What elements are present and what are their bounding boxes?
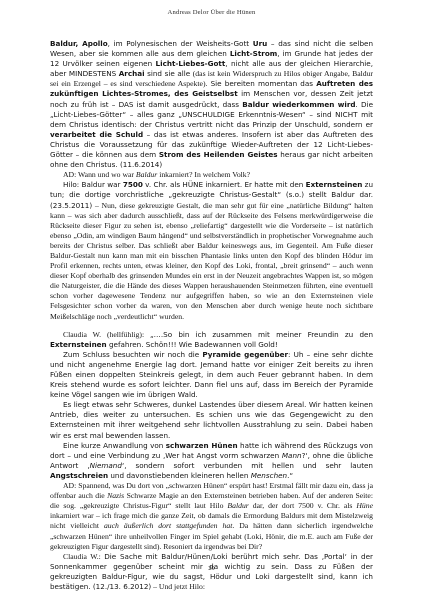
text-run: Niemand	[90, 461, 122, 470]
paragraph-hilo-baldur-apollo: Baldur, Apollo, im Polynesischen der Wei…	[50, 39, 373, 170]
text-run: v. Chr. als HÜNE inkarniert. Er hatte mi…	[143, 180, 306, 189]
text-run: Claudia W.:	[63, 552, 104, 561]
text-run: 7500	[123, 180, 143, 189]
paragraph-claudia-schwarze-huenen: Eine kurze Anwandlung von schwarzen Hüne…	[50, 441, 373, 481]
text-run: Eine kurze Anwandlung von	[63, 441, 166, 450]
text-run: – Nun, diese gekreuzigte Gestalt, die ma…	[50, 201, 373, 321]
text-run: Hüne	[356, 501, 373, 510]
text-run: Sie bereiten momentan das	[207, 79, 316, 88]
text-run: Licht-Liebes-Gott	[156, 59, 226, 68]
text-run: Angstschreien	[50, 471, 108, 480]
page-body-text: Baldur, Apollo, im Polynesischen der Wei…	[50, 39, 373, 592]
text-run: Menschen	[251, 471, 287, 480]
text-run: gefahren. Schön!!! Wie Badewannen voll G…	[107, 340, 278, 349]
text-run: Nazis	[107, 491, 124, 500]
text-run: , im Polynesischen der Weisheits-Gott	[108, 39, 253, 48]
text-run: Hilo: Baldur war	[63, 180, 123, 189]
paragraph-claudia-pyramide: Zum Schluss besuchten wir noch die Pyram…	[50, 350, 373, 400]
text-run: Es liegt etwas sehr Schweres, dunkel Las…	[50, 400, 373, 439]
text-run: Baldur	[136, 170, 157, 179]
text-run: Claudia W. (hellfühlig):	[63, 330, 150, 339]
page-number: 29	[0, 565, 423, 572]
text-run: dar, der dort 7500 v. Chr. als	[249, 501, 357, 510]
text-run: Externsteinen	[50, 340, 107, 349]
paragraph-claudia-externsteine: Claudia W. (hellfühlig): „….So bin ich z…	[50, 330, 373, 350]
book-page: Andreas Delor Über die Hünen Baldur, Apo…	[0, 0, 423, 598]
text-run: verarbeitet die Schuld	[50, 130, 143, 139]
text-run: Baldur	[227, 501, 248, 510]
text-run: Licht-Strom	[230, 49, 277, 58]
text-run: und davonstiebenden kleineren hellen	[108, 471, 251, 480]
paragraph-claudia-schweres-areal: Es liegt etwas sehr Schweres, dunkel Las…	[50, 400, 373, 440]
text-run: Baldur, Apollo	[50, 39, 108, 48]
paragraph-ad-question-baldur: AD: Wann und wo war Baldur inkarniert? I…	[50, 170, 373, 180]
text-run: Uru	[253, 39, 268, 48]
text-run: .“	[287, 471, 293, 480]
text-run: „….So bin ich zusammen mit meiner Freund…	[150, 330, 373, 339]
text-run: Externsteinen	[306, 180, 363, 189]
text-run: inkarniert? In welchem Volk?	[157, 170, 250, 179]
text-run: sind sie alle	[145, 69, 193, 78]
text-run: Strom des Heilenden Geistes	[159, 150, 278, 159]
text-run: – Und jetzt Hilo:	[151, 582, 205, 591]
running-header: Andreas Delor Über die Hünen	[0, 9, 423, 16]
text-run: Baldur wiederkommen wird	[242, 100, 355, 109]
text-run: schwarzen Hünen	[166, 441, 238, 450]
paragraph-hilo-baldur-huene: Hilo: Baldur war 7500 v. Chr. als HÜNE i…	[50, 180, 373, 321]
text-run: Mann	[282, 451, 302, 460]
text-run: Zum Schluss besuchten wir noch die	[63, 350, 202, 359]
paragraph-ad-spannend: AD: Spannend, was Du dort von „schwarzen…	[50, 481, 373, 552]
text-run: AD: Wann und wo war	[63, 170, 136, 179]
text-run: ‘, sondern sofort verbunden mit hellen u…	[122, 461, 373, 470]
text-run: Archai	[119, 69, 145, 78]
text-run: Pyramide gegenüber	[202, 350, 288, 359]
text-run: auch äußerlich dort stattgefunden hat	[104, 521, 232, 530]
